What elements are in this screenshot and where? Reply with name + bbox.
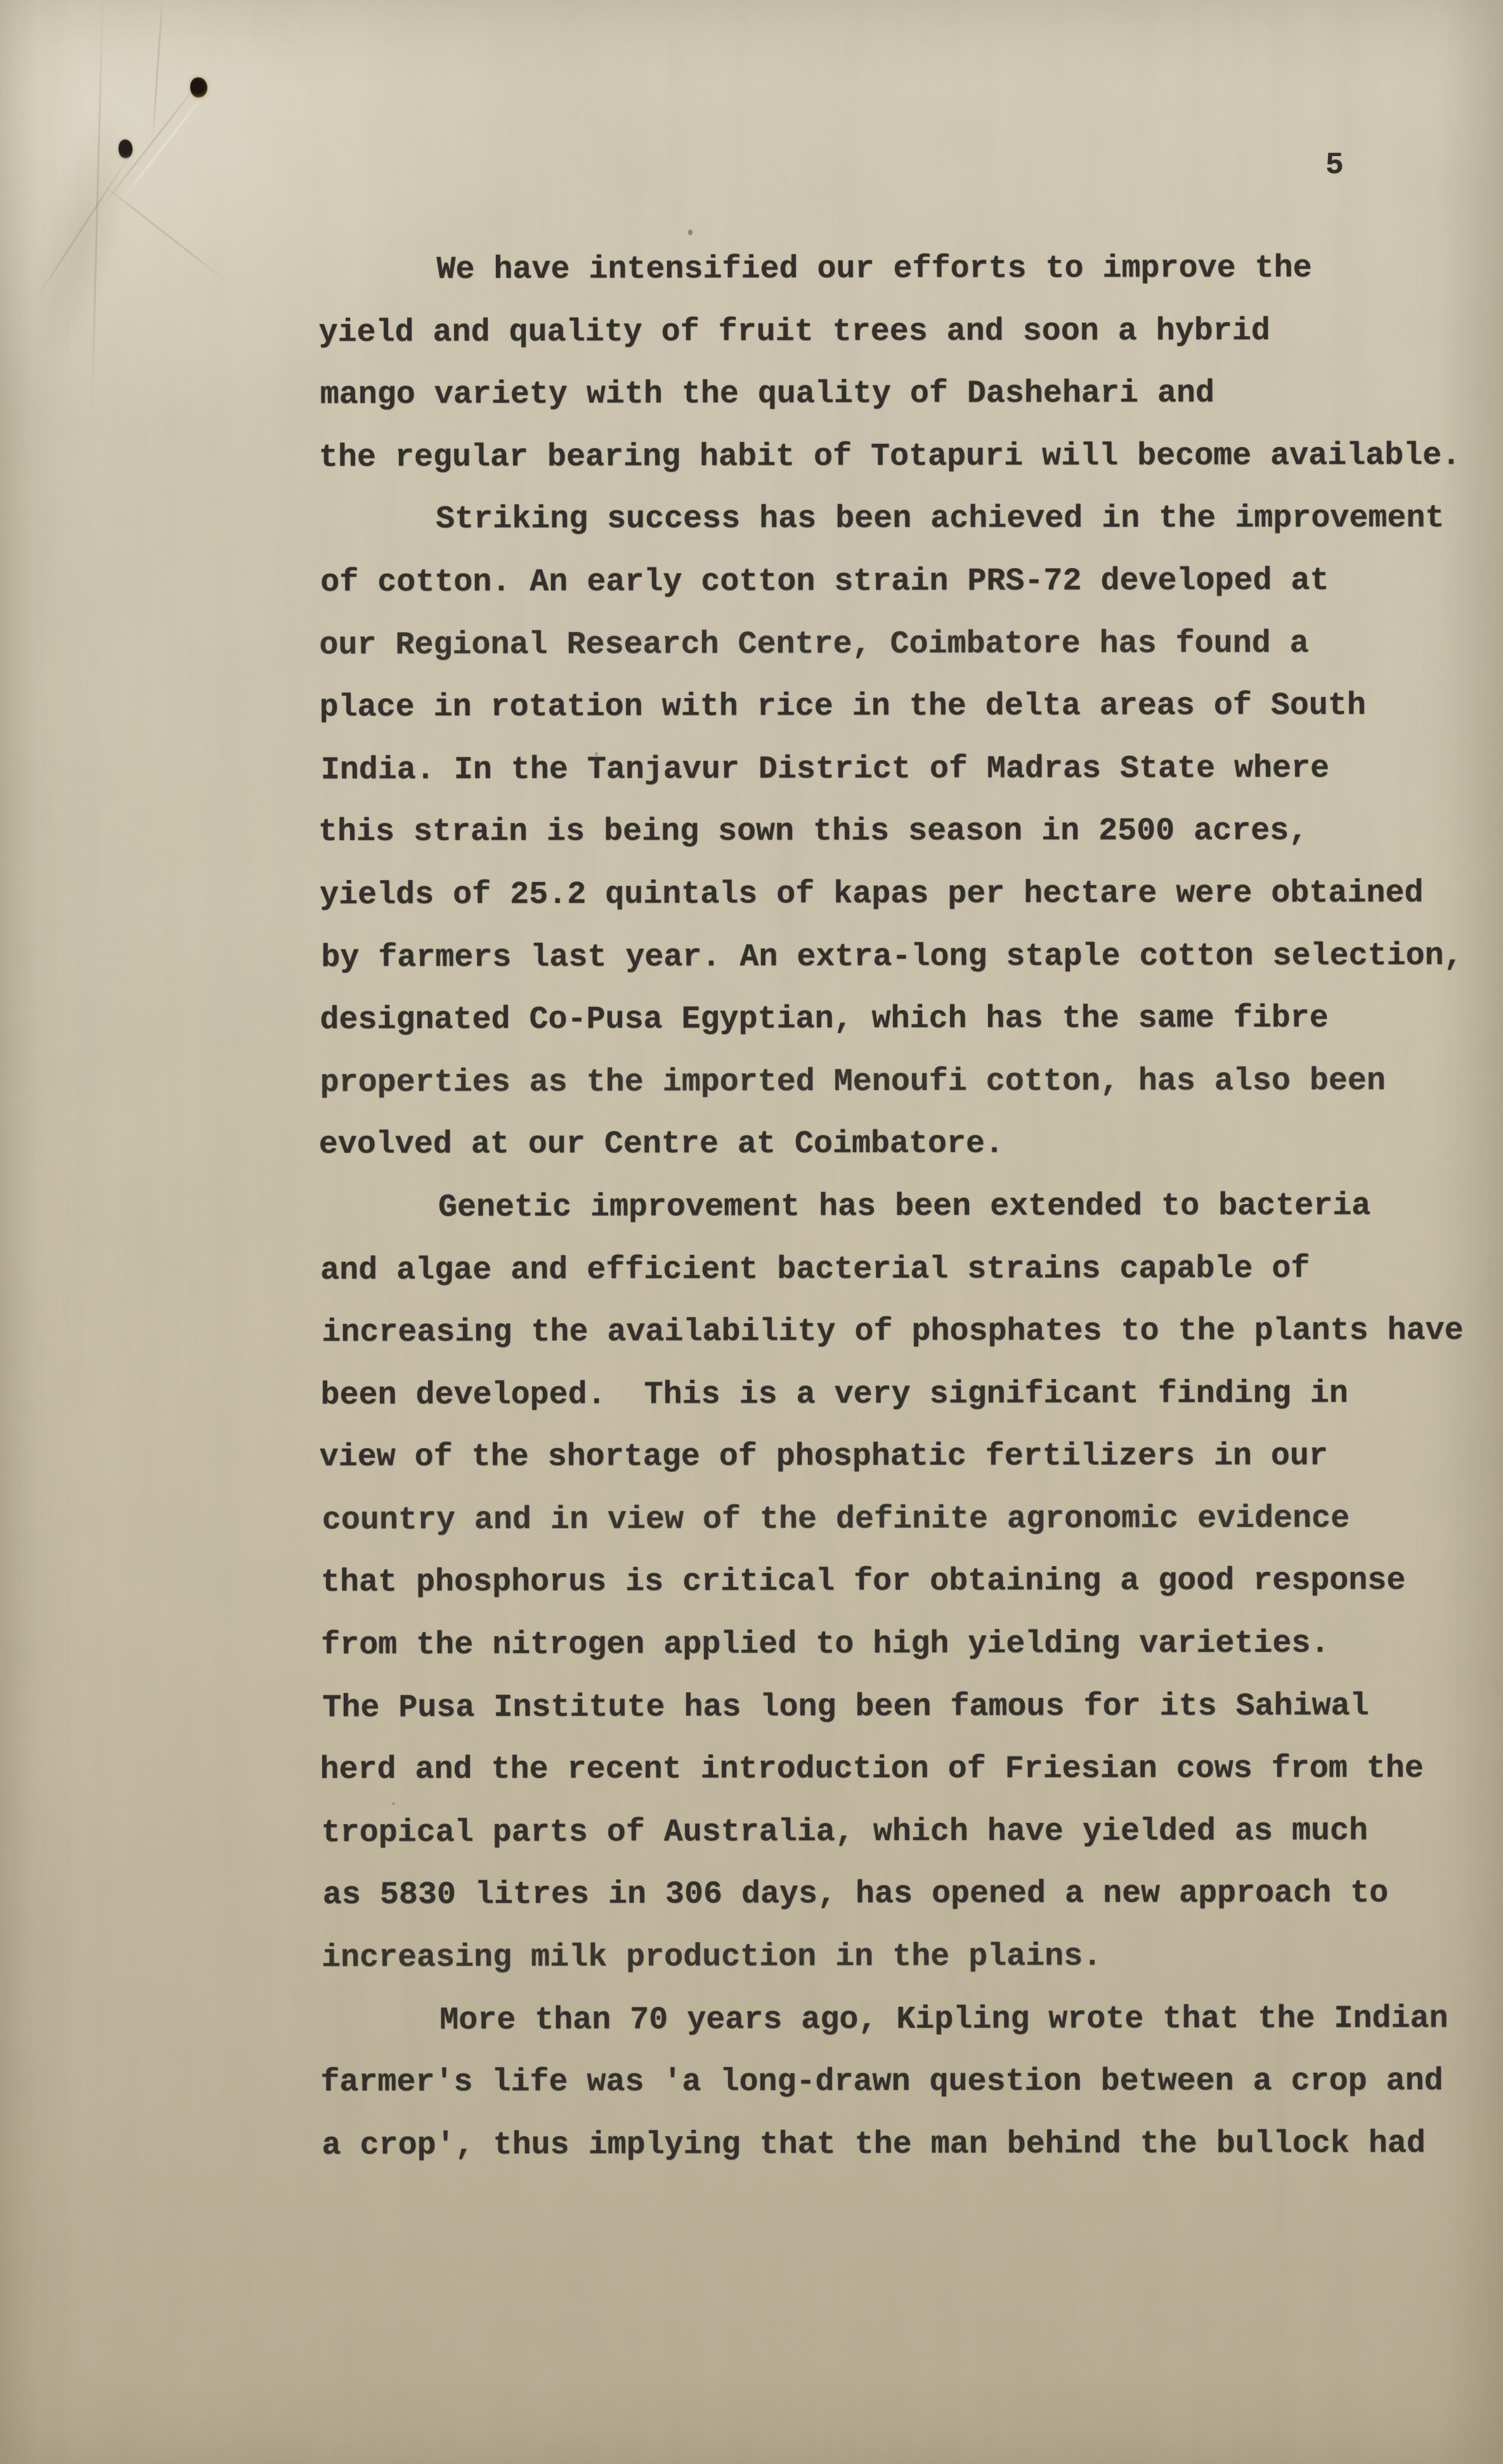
typed-line: yields of 25.2 quintals of kapas per hec…: [320, 862, 1467, 927]
typed-line: this strain is being sown this season in…: [318, 800, 1466, 864]
typed-line: that phosphorus is critical for obtainin…: [321, 1550, 1469, 1615]
typed-line: place in rotation with rice in the delta…: [320, 675, 1467, 740]
typed-line: farmer's life was 'a long-drawn question…: [320, 2051, 1468, 2114]
typed-line: view of the shortage of phosphatic ferti…: [320, 1425, 1467, 1489]
typed-line: yield and quality of fruit trees and soo…: [319, 300, 1467, 365]
typed-line: increasing the availability of phosphate…: [322, 1300, 1469, 1365]
typed-line: More than 70 years ago, Kipling wrote th…: [322, 1988, 1469, 2052]
typed-line: from the nitrogen applied to high yieldi…: [321, 1612, 1469, 1677]
pinhole-mark: [190, 77, 207, 98]
typed-line: of cotton. An early cotton strain PRS-72…: [320, 550, 1468, 614]
typed-line: the regular bearing habit of Totapuri wi…: [319, 425, 1467, 490]
crease-line: [152, 0, 164, 143]
fold-shadow: [13, 96, 152, 379]
typed-line: and algae and efficient bacterial strain…: [320, 1238, 1468, 1302]
document-page: 5 We have intensified our efforts to imp…: [0, 0, 1503, 2464]
typed-line: a crop', thus implying that the man behi…: [322, 2113, 1469, 2177]
typed-line: We have intensified our efforts to impro…: [318, 237, 1466, 302]
typed-line: country and in view of the definite agro…: [322, 1488, 1470, 1552]
typed-line: The Pusa Institute has long been famous …: [322, 1675, 1470, 1740]
pinhole-mark: [119, 139, 133, 159]
typed-line: properties as the imported Menoufi cotto…: [320, 1050, 1468, 1115]
typed-line: tropical parts of Australia, which have …: [322, 1800, 1469, 1865]
typed-line: evolved at our Centre at Coimbatore.: [319, 1113, 1467, 1176]
typed-line: our Regional Research Centre, Coimbatore…: [319, 613, 1467, 677]
typed-line: Striking success has been achieved in th…: [318, 488, 1466, 551]
typed-line: herd and the recent introduction of Frie…: [320, 1738, 1467, 1801]
typed-line: India. In the Tanjavur District of Madra…: [321, 737, 1469, 802]
typed-line: by farmers last year. An extra-long stap…: [321, 925, 1469, 990]
typed-line: as 5830 litres in 306 days, has opened a…: [323, 1863, 1471, 1928]
typed-line: Genetic improvement has been extended to…: [320, 1175, 1468, 1240]
typed-line: been developed. This is a very significa…: [320, 1363, 1468, 1427]
typed-line: designated Co-Pusa Egyptian, which has t…: [320, 988, 1467, 1053]
typed-line: increasing milk production in the plains…: [322, 1925, 1469, 1990]
typed-line: mango variety with the quality of Dasheh…: [320, 363, 1468, 427]
ink-speck: [688, 230, 693, 235]
page-number: 5: [1325, 148, 1344, 183]
typed-text-block: We have intensified our efforts to impro…: [318, 237, 1469, 2177]
